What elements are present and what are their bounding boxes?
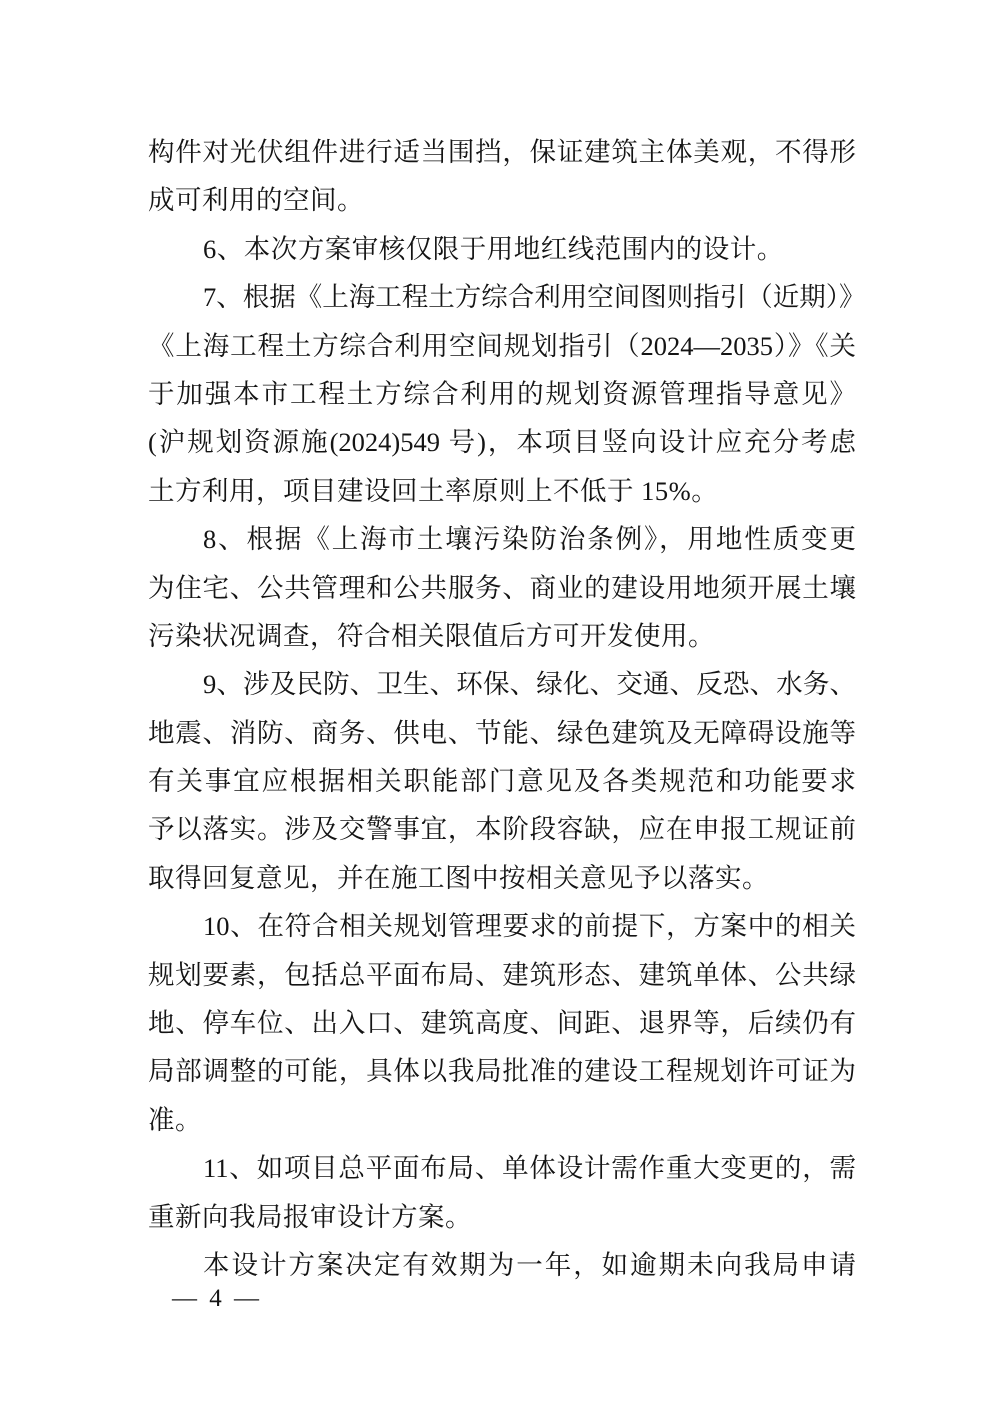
text-line: 予以落实。涉及交警事宜，本阶段容缺，应在申报工规证前 xyxy=(148,805,856,853)
text-line: 成可利用的空间。 xyxy=(148,176,856,224)
text-line: 构件对光伏组件进行适当围挡，保证建筑主体美观，不得形 xyxy=(148,128,856,176)
text-line: 《上海工程土方综合利用空间规划指引（2024—2035）》《关 xyxy=(148,322,856,370)
text-line: 取得回复意见，并在施工图中按相关意见予以落实。 xyxy=(148,854,856,902)
text-line: 地震、消防、商务、供电、节能、绿色建筑及无障碍设施等 xyxy=(148,709,856,757)
text-line: 6、本次方案审核仅限于用地红线范围内的设计。 xyxy=(148,225,856,273)
text-line: 本设计方案决定有效期为一年，如逾期未向我局申请 xyxy=(148,1241,856,1289)
text-line: 11、如项目总平面布局、单体设计需作重大变更的，需 xyxy=(148,1144,856,1192)
document-page: 构件对光伏组件进行适当围挡，保证建筑主体美观，不得形成可利用的空间。6、本次方案… xyxy=(0,0,992,1403)
text-line: 9、涉及民防、卫生、环保、绿化、交通、反恐、水务、 xyxy=(148,660,856,708)
text-line: 土方利用，项目建设回土率原则上不低于 15%。 xyxy=(148,467,856,515)
text-line: (沪规划资源施(2024)549 号)，本项目竖向设计应充分考虑 xyxy=(148,418,856,466)
text-line: 地、停车位、出入口、建筑高度、间距、退界等，后续仍有 xyxy=(148,999,856,1047)
text-line: 7、根据《上海工程土方综合利用空间图则指引（近期）》 xyxy=(148,273,856,321)
text-line: 于加强本市工程土方综合利用的规划资源管理指导意见》 xyxy=(148,370,856,418)
text-line: 污染状况调查，符合相关限值后方可开发使用。 xyxy=(148,612,856,660)
text-line: 有关事宜应根据相关职能部门意见及各类规范和功能要求 xyxy=(148,757,856,805)
text-line: 准。 xyxy=(148,1096,856,1144)
text-line: 8、根据《上海市土壤污染防治条例》，用地性质变更 xyxy=(148,515,856,563)
page-number: — 4 — xyxy=(172,1284,262,1314)
text-line: 为住宅、公共管理和公共服务、商业的建设用地须开展土壤 xyxy=(148,564,856,612)
document-body: 构件对光伏组件进行适当围挡，保证建筑主体美观，不得形成可利用的空间。6、本次方案… xyxy=(148,128,856,1289)
text-line: 局部调整的可能，具体以我局批准的建设工程规划许可证为 xyxy=(148,1047,856,1095)
text-line: 规划要素，包括总平面布局、建筑形态、建筑单体、公共绿 xyxy=(148,951,856,999)
text-line: 重新向我局报审设计方案。 xyxy=(148,1193,856,1241)
text-line: 10、在符合相关规划管理要求的前提下，方案中的相关 xyxy=(148,902,856,950)
